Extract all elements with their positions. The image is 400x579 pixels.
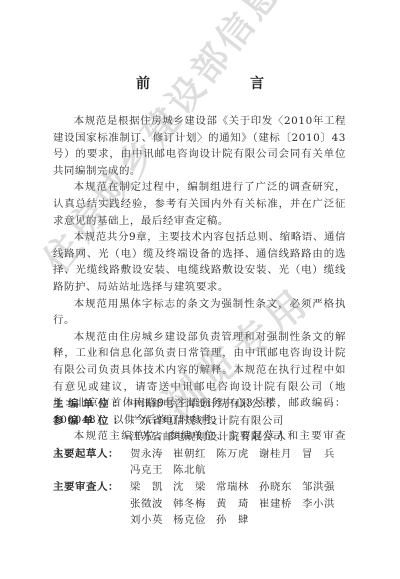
credits-section: 主编单位： 中讯邮电咨询设计院有限公司 参编单位： 广东省电信规划设计院有限公司… (53, 396, 353, 529)
drafter-name: 贺永涛 (130, 446, 173, 463)
drafters-label: 主要起草人： (53, 446, 130, 479)
reviewer-name: 孙 肆 (216, 512, 259, 529)
co-editor-value: 江苏省邮电规划设计院有限公司 (130, 429, 353, 446)
chief-editor-value: 中讯邮电咨询设计院有限公司 (130, 396, 353, 413)
reviewer-name: 刘小英 (130, 512, 173, 529)
co-editors-label: 参编单位： (53, 413, 130, 430)
reviewer-name: 李小洪 (302, 496, 345, 513)
reviewers-row: 主要审查人： 梁 凯 沈 梁 常瑞林 孙晓东 邹洪强 张徵波 韩冬梅 黄 琦 崔… (53, 479, 353, 529)
reviewer-name: 杨克俭 (173, 512, 216, 529)
paragraph: 本规范共分9章，主要技术内容包括总则、缩略语、通信线路网、光（电）缆及终端设备的… (53, 229, 346, 295)
reviewer-name: 梁 凯 (130, 479, 173, 496)
chief-editor-row: 主编单位： 中讯邮电咨询设计院有限公司 (53, 396, 353, 413)
drafter-name: 谢桂月 (259, 446, 302, 463)
reviewer-name: 常瑞林 (216, 479, 259, 496)
drafter-name: 冯克王 (130, 462, 173, 479)
reviewer-name: 崔建桥 (259, 496, 302, 513)
label-spacer (53, 429, 130, 446)
reviewer-name: 张徵波 (130, 496, 173, 513)
reviewer-name: 韩冬梅 (173, 496, 216, 513)
document-page: 前 言 本规范是根据住房城乡建设部《关于印发〈2010年工程建设国家标准制订、修… (0, 0, 400, 579)
reviewer-name: 黄 琦 (216, 496, 259, 513)
paragraph: 本规范是根据住房城乡建设部《关于印发〈2010年工程建设国家标准制订、修订计划〉… (53, 113, 346, 179)
co-editors-row-2: 江苏省邮电规划设计院有限公司 (53, 429, 353, 446)
page-title: 前 言 (0, 73, 400, 93)
drafters-row: 主要起草人： 贺永涛 崔朝红 陈万虎 谢桂月 冒 兵 冯克王 陈北航 (53, 446, 353, 479)
reviewers-list: 梁 凯 沈 梁 常瑞林 孙晓东 邹洪强 张徵波 韩冬梅 黄 琦 崔建桥 李小洪 … (130, 479, 353, 529)
paragraph: 本规范在制定过程中，编制组进行了广泛的调查研究，认真总结实践经验，参考有关国内外… (53, 179, 346, 229)
drafter-name: 崔朝红 (173, 446, 216, 463)
drafter-name: 冒 兵 (302, 446, 345, 463)
chief-editor-label: 主编单位： (53, 396, 130, 413)
reviewer-name: 沈 梁 (173, 479, 216, 496)
reviewer-name: 邹洪强 (302, 479, 345, 496)
reviewer-name: 孙晓东 (259, 479, 302, 496)
reviewers-label: 主要审查人： (53, 479, 130, 529)
paragraph: 本规范用黑体字标志的条文为强制性条文，必须严格执行。 (53, 296, 346, 329)
drafters-list: 贺永涛 崔朝红 陈万虎 谢桂月 冒 兵 冯克王 陈北航 (130, 446, 353, 479)
co-editor-value: 广东省电信规划设计院有限公司 (130, 413, 353, 430)
co-editors-row: 参编单位： 广东省电信规划设计院有限公司 (53, 413, 353, 430)
drafter-name: 陈万虎 (216, 446, 259, 463)
drafter-name: 陈北航 (173, 462, 216, 479)
